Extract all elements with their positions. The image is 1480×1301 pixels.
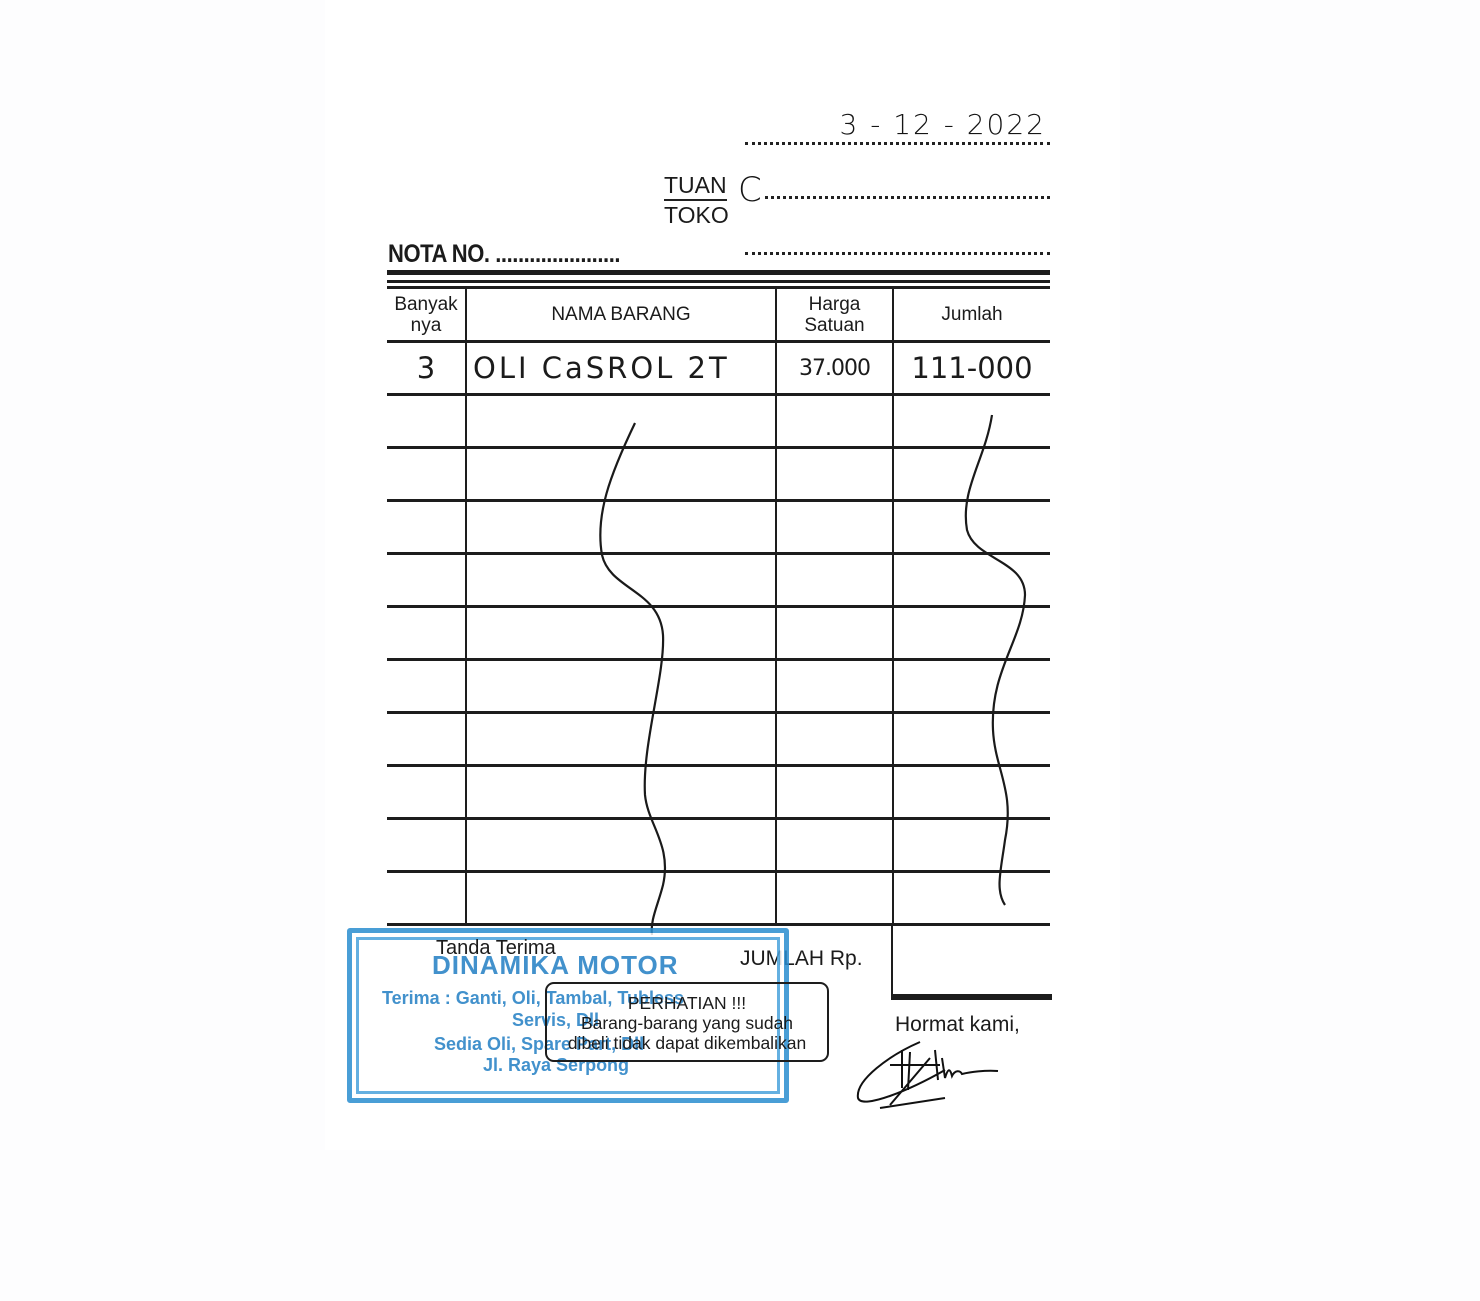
row-qty: 3 xyxy=(387,342,466,395)
table-row-empty xyxy=(387,448,1050,501)
table-row-empty xyxy=(387,660,1050,713)
empty-cell xyxy=(387,501,466,554)
table-row-empty xyxy=(387,554,1050,607)
empty-cell xyxy=(776,819,893,872)
notice-line-2: dibeli tidak dapat dikembalikan xyxy=(547,1033,827,1053)
empty-cell xyxy=(387,766,466,819)
total-amount-box xyxy=(891,924,1052,1000)
tanda-terima-label: Tanda Terima xyxy=(436,937,556,960)
row-total: 111-000 xyxy=(893,342,1050,395)
tuan-label: TUAN xyxy=(664,171,727,201)
recipient-dotted-line xyxy=(765,196,1050,199)
empty-cell xyxy=(776,607,893,660)
empty-cell xyxy=(387,607,466,660)
table-row-empty xyxy=(387,766,1050,819)
address-dotted-line xyxy=(745,252,1050,255)
empty-cell xyxy=(776,395,893,448)
empty-cell xyxy=(776,713,893,766)
table-row-empty xyxy=(387,713,1050,766)
strike-squiggle-item-column xyxy=(590,415,680,940)
recipient-value: C xyxy=(738,170,762,210)
col-item-header: NAMA BARANG xyxy=(466,288,776,342)
empty-cell xyxy=(387,448,466,501)
empty-cell xyxy=(387,660,466,713)
table-row-empty xyxy=(387,501,1050,554)
strike-squiggle-total-column xyxy=(955,410,1035,910)
row-unit-price: 37.000 xyxy=(776,342,893,395)
table-row: 3 OLI CaSROL 2T 37.000 111-000 xyxy=(387,342,1050,395)
empty-cell xyxy=(776,766,893,819)
empty-cell xyxy=(387,819,466,872)
table-row-empty xyxy=(387,872,1050,925)
empty-cell xyxy=(387,554,466,607)
date-value: 3 - 12 - 2022 xyxy=(839,108,1046,141)
empty-cell xyxy=(776,448,893,501)
table-row-empty xyxy=(387,819,1050,872)
row-item: OLI CaSROL 2T xyxy=(466,342,776,395)
table-row-empty xyxy=(387,395,1050,448)
empty-cell xyxy=(387,713,466,766)
items-table: Banyak nya NAMA BARANG Harga Satuan Juml… xyxy=(387,286,1050,926)
col-total-header: Jumlah xyxy=(893,288,1050,342)
empty-cell xyxy=(776,660,893,713)
header-rule-secondary xyxy=(387,280,1050,283)
col-qty-header: Banyak nya xyxy=(387,288,466,342)
signature-icon xyxy=(850,1030,1010,1115)
empty-cell xyxy=(387,395,466,448)
header-rule xyxy=(387,270,1050,275)
toko-label: TOKO xyxy=(664,201,729,229)
table-row-empty xyxy=(387,607,1050,660)
col-unit-price-header: Harga Satuan xyxy=(776,288,893,342)
empty-cell xyxy=(776,501,893,554)
empty-cell xyxy=(776,554,893,607)
notice-title: PERHATIAN !!! xyxy=(547,993,827,1013)
recipient-label: TUAN TOKO xyxy=(664,171,729,229)
date-dotted-line xyxy=(745,142,1050,145)
notice-line-1: Barang-barang yang sudah xyxy=(547,1013,827,1033)
notice-box: PERHATIAN !!! Barang-barang yang sudah d… xyxy=(545,982,829,1062)
empty-cell xyxy=(776,872,893,925)
empty-cell xyxy=(387,872,466,925)
nota-number-label: NOTA NO. ...................... xyxy=(388,240,620,269)
table-header-row: Banyak nya NAMA BARANG Harga Satuan Juml… xyxy=(387,288,1050,342)
date-field: 3 - 12 - 2022 xyxy=(745,112,1050,146)
